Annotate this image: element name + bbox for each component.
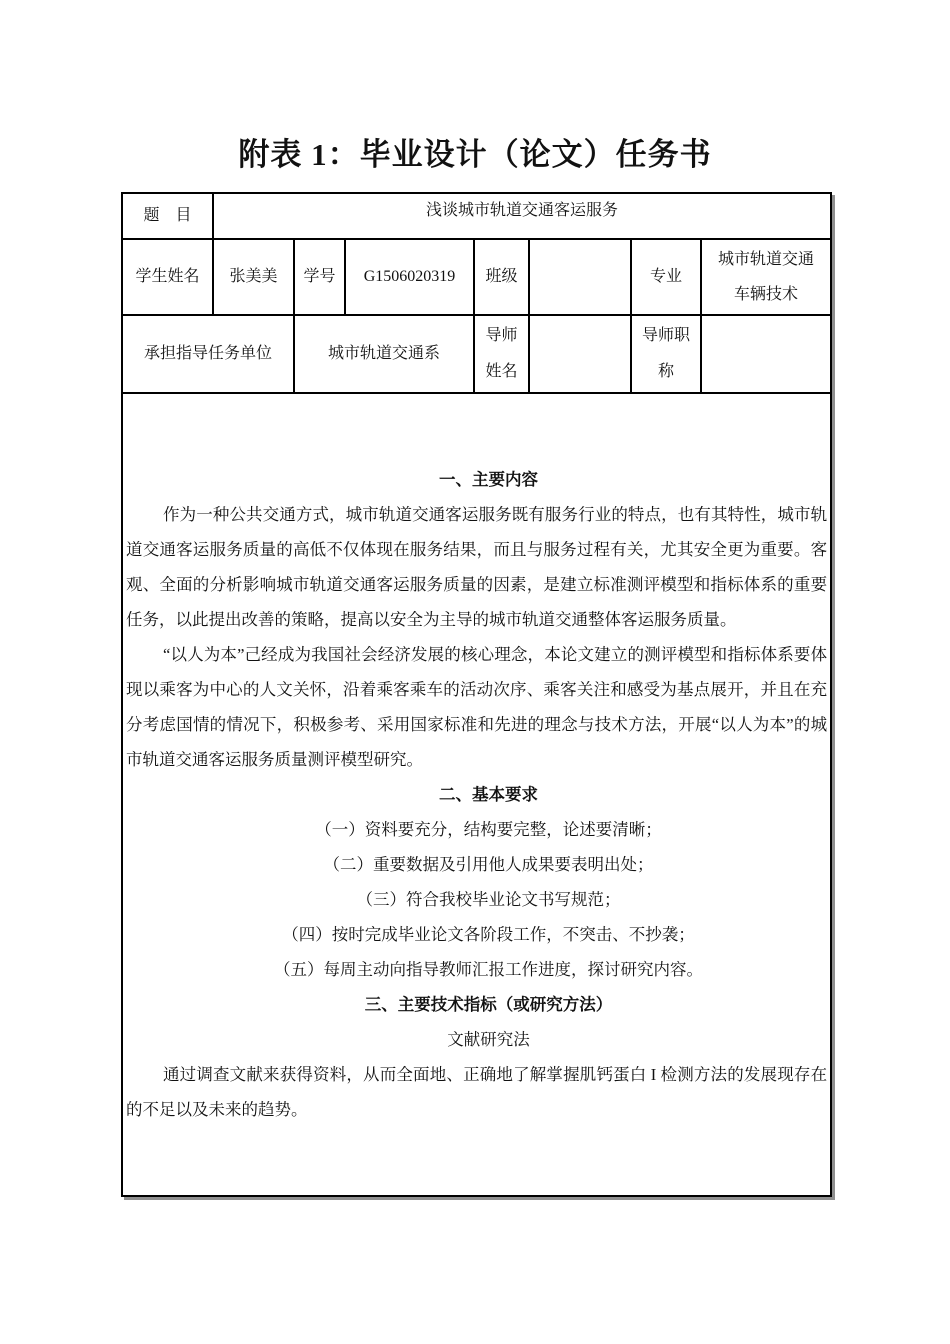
- field-student-id-label: 学号: [294, 239, 345, 315]
- task-form-table: 题 目 浅谈城市轨道交通客运服务 学生姓名 张美美 学号 G1506020319…: [121, 192, 832, 1197]
- field-student-id-value: G1506020319: [345, 239, 474, 315]
- field-advisor-title-label: 导师职称: [631, 315, 701, 393]
- requirement-item-3: （三）符合我校毕业论文书写规范；: [126, 882, 827, 917]
- field-unit-value: 城市轨道交通系: [294, 315, 474, 393]
- requirement-item-4: （四）按时完成毕业论文各阶段工作，不突击、不抄袭；: [126, 917, 827, 952]
- field-title-label: 题 目: [122, 193, 213, 239]
- section-1-heading: 一、主要内容: [126, 462, 827, 497]
- field-student-name-value: 张美美: [213, 239, 294, 315]
- field-advisor-title-value: [701, 315, 831, 393]
- main-content-paragraph-2: “以人为本”己经成为我国社会经济发展的核心理念，本论文建立的测评模型和指标体系要…: [126, 637, 827, 777]
- advisor-name-label-text: 导师姓名: [485, 318, 518, 390]
- requirement-item-1: （一）资料要充分，结构要完整，论述要清晰；: [126, 812, 827, 847]
- major-value-text: 城市轨道交通车辆技术: [717, 242, 815, 312]
- field-major-label: 专业: [631, 239, 701, 315]
- requirement-item-5: （五）每周主动向指导教师汇报工作进度，探讨研究内容。: [126, 952, 827, 987]
- field-advisor-name-value: [529, 315, 631, 393]
- section-2-heading: 二、基本要求: [126, 777, 827, 812]
- page-title: 附表 1：毕业设计（论文）任务书: [0, 0, 950, 174]
- research-method-name: 文献研究法: [126, 1022, 827, 1057]
- research-method-paragraph: 通过调查文献来获得资料，从而全面地、正确地了解掌握肌钙蛋白 I 检测方法的发展现…: [126, 1057, 827, 1127]
- field-advisor-name-label: 导师姓名: [474, 315, 529, 393]
- task-content-cell: 一、主要内容 作为一种公共交通方式，城市轨道交通客运服务既有服务行业的特点，也有…: [122, 393, 831, 1196]
- field-major-value: 城市轨道交通车辆技术: [701, 239, 831, 315]
- field-student-name-label: 学生姓名: [122, 239, 213, 315]
- field-class-label: 班级: [474, 239, 529, 315]
- requirement-item-2: （二）重要数据及引用他人成果要表明出处；: [126, 847, 827, 882]
- row-student-info: 学生姓名 张美美 学号 G1506020319 班级 专业 城市轨道交通车辆技术: [122, 239, 831, 315]
- field-title-value: 浅谈城市轨道交通客运服务: [213, 193, 831, 239]
- section-3-heading: 三、主要技术指标（或研究方法）: [126, 987, 827, 1022]
- row-advisor-info: 承担指导任务单位 城市轨道交通系 导师姓名 导师职称: [122, 315, 831, 393]
- document-page: 附表 1：毕业设计（论文）任务书 题 目 浅谈城市轨道交通客运服务 学生姓名 张…: [0, 0, 950, 1344]
- advisor-title-label-text: 导师职称: [642, 318, 691, 390]
- row-thesis-title: 题 目 浅谈城市轨道交通客运服务: [122, 193, 831, 239]
- field-class-value: [529, 239, 631, 315]
- field-unit-label: 承担指导任务单位: [122, 315, 294, 393]
- main-content-paragraph-1: 作为一种公共交通方式，城市轨道交通客运服务既有服务行业的特点，也有其特性，城市轨…: [126, 497, 827, 637]
- row-task-content: 一、主要内容 作为一种公共交通方式，城市轨道交通客运服务既有服务行业的特点，也有…: [122, 393, 831, 1196]
